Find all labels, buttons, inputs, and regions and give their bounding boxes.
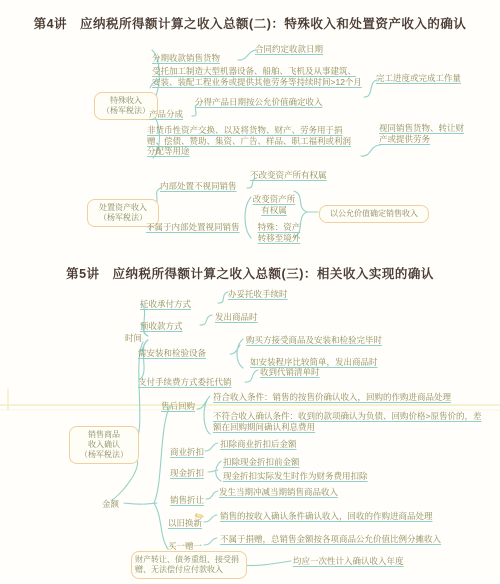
- special-income-root-line1: 特殊收入: [98, 96, 154, 106]
- note-repurchase-unqualified: 不符合收入确认条件：收到的款项确认为负债、回购价格>原售价的，差额在回购期间确认…: [213, 411, 487, 432]
- leaf-non-internal-disposal: 不属于内部处置视同销售: [146, 222, 240, 233]
- sales-root-line1: 销售商品: [73, 430, 135, 440]
- leaf-buy-one-get-one: 买一赠一: [168, 541, 202, 552]
- note-repurchase-qualified: 符合收入条件：销售的按售价确认收入，回购的作购进商品处理: [213, 392, 451, 403]
- leaf-sale-repurchase: 售后回购: [161, 401, 195, 412]
- leaf-product-sharing: 产品分成: [149, 109, 183, 120]
- note-completion-progress: 完工进度或完成工作量: [376, 73, 461, 84]
- mindmap-page: 第4讲 应纳税所得额计算之收入总额(二)：特殊收入和处置资产收入的确认 特殊收入…: [0, 0, 500, 584]
- note-cash-discount-expense: 现金折扣实际发生时作为财务费用扣除: [223, 471, 368, 482]
- special-income-root-line2: （杨军税法）: [98, 106, 154, 116]
- leaf-internal-disposal: 内部处置不视同销售: [160, 181, 237, 192]
- leaf-installment-sales: 分期收款销售货物: [152, 53, 220, 64]
- leaf-collection-acceptance: 托收承付方式: [140, 299, 191, 310]
- other-income-node: 财产转让、债务重组、接受捐赠、无法偿付应付款收入: [131, 551, 247, 579]
- sales-revenue-root-node: 销售商品 收入确认 （杨军税法）: [69, 426, 139, 464]
- disposal-root-line1: 处置资产收入: [91, 203, 155, 213]
- note-ownership-unchanged: 不改变资产所有权属: [250, 170, 327, 181]
- note-one-time-recognition: 均应一次性计入确认收入年度: [293, 556, 404, 567]
- note-contract-date: 合同约定收款日期: [255, 44, 323, 55]
- leaf-advance-payment: 预收款方式: [140, 321, 183, 332]
- leaf-sales-allowance: 销售折让: [170, 495, 204, 506]
- note-collection-done: 办妥托收手续时: [228, 289, 288, 300]
- leaf-long-duration-services: 受托加工制造大型机器设备、船舶、飞机及从事建筑、安装、装配工程业务或提供其他劳务…: [152, 66, 362, 87]
- leaf-trade-discount: 商业折扣: [170, 447, 204, 458]
- note-offset-current-revenue: 发生当期冲减当期销售商品收入: [219, 487, 338, 498]
- note-goods-shipped: 发出商品时: [215, 312, 258, 323]
- fair-value-result-node: 以公允价值确定销售收入: [319, 205, 429, 223]
- lecture4-title: 第4讲 应纳税所得额计算之收入总额(二)：特殊收入和处置资产收入的确认: [0, 14, 500, 32]
- branch-time-label: 时间: [125, 332, 142, 344]
- note-after-installation: 购买方接受商品及安装和检验完毕时: [246, 335, 382, 346]
- case-asset-moved-abroad: 特殊：资产转移至境外: [254, 222, 304, 243]
- lecture5-title: 第5讲 应纳税所得额计算之收入总额(三)：相关收入实现的确认: [0, 264, 500, 282]
- note-simple-installation: 如安装程序比较简单，发出商品时: [250, 357, 378, 368]
- leaf-cash-discount: 现金折扣: [170, 468, 204, 479]
- sales-root-line3: （杨军税法）: [73, 450, 135, 460]
- leaf-non-monetary-exchange: 非货币性资产交换、以及将货物、财产、劳务用于捐赠、偿债、赞助、集资、广告、样品、…: [147, 125, 359, 157]
- note-after-trade-discount: 扣除商业折扣后金额: [220, 439, 297, 450]
- note-fair-value-date: 分得产品日期按公允价值确定收入: [195, 97, 323, 108]
- note-allocate-by-fair-value: 不属于捐赠，总销售金额按各项商品公允价值比例分摊收入: [220, 534, 441, 545]
- note-consignment-list: 收到代销清单时: [260, 367, 320, 378]
- case-ownership-changed: 改变资产所有权属: [251, 194, 297, 215]
- branch-amount-label: 金额: [102, 498, 119, 510]
- note-before-cash-discount: 扣除现金折扣前金额: [223, 457, 300, 468]
- note-deemed-sales: 视同销售货物、转让财产或提供劳务: [379, 123, 465, 144]
- leaf-consignment-fee: 支付手续费方式委托代销: [138, 377, 232, 388]
- leaf-installation-inspection: 需安装和检验设备: [138, 348, 206, 359]
- note-trade-in-treatment: 销售的按收入确认条件确认收入，回收的作购进商品处理: [220, 511, 433, 522]
- sales-root-line2: 收入确认: [73, 440, 135, 450]
